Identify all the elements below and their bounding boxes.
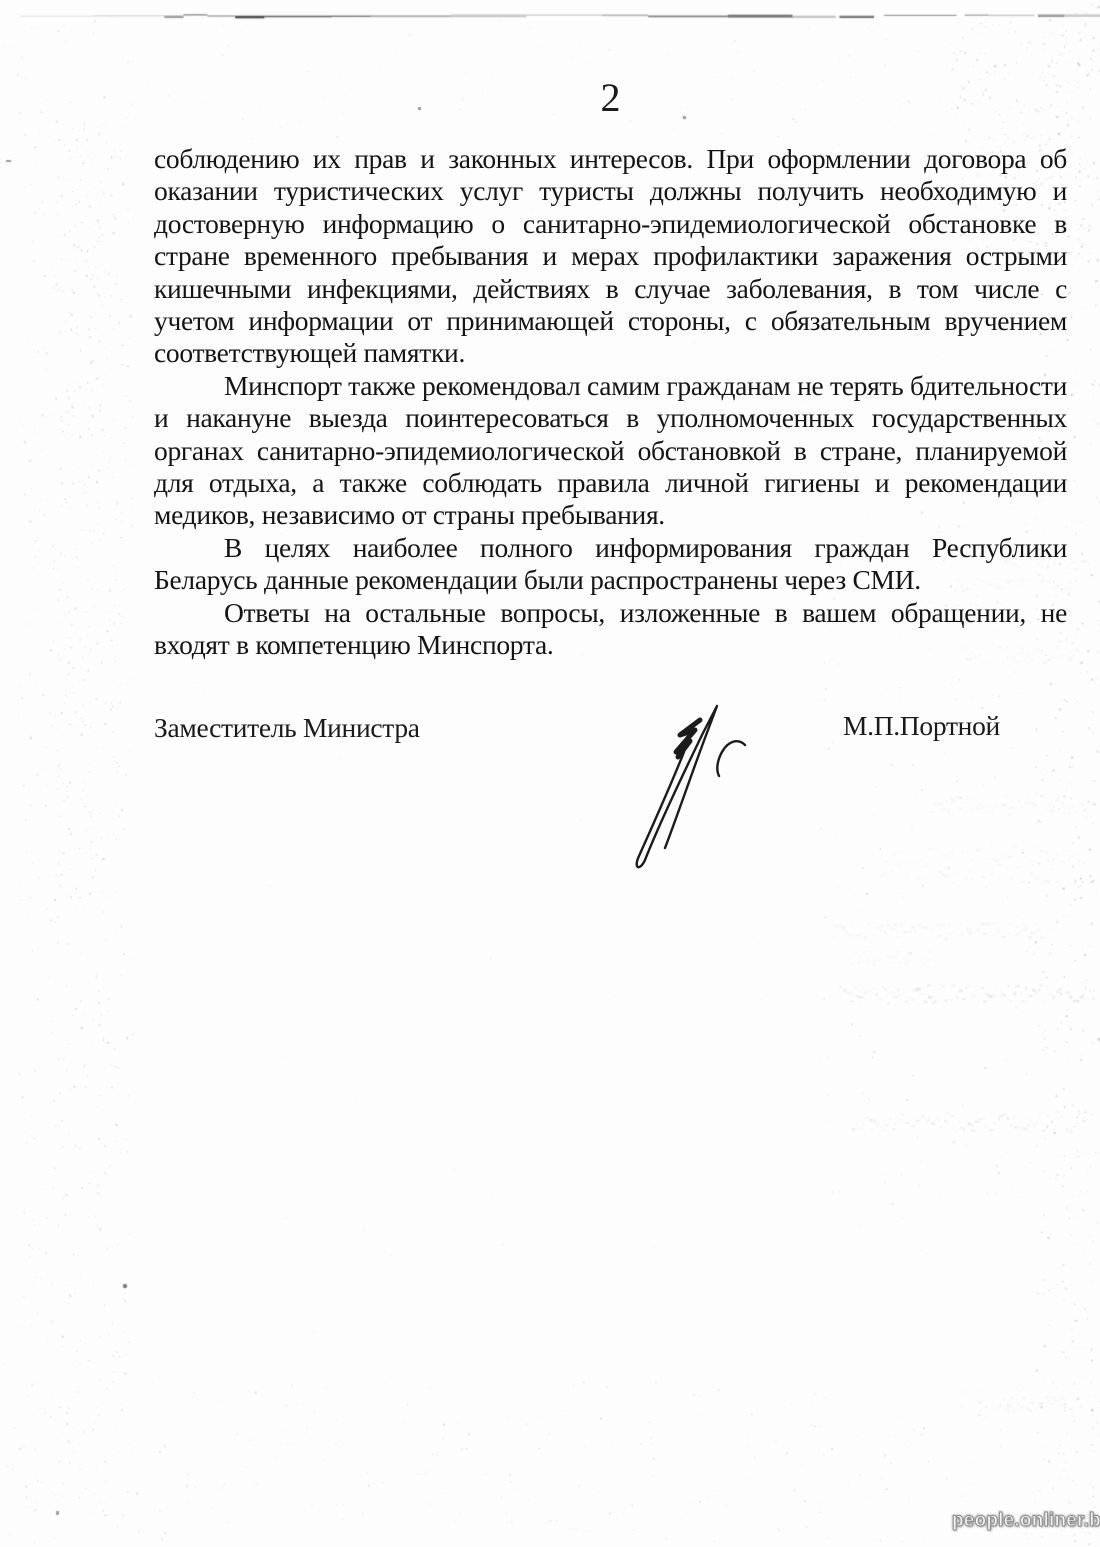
letter-body: соблюдению их прав и законных интересов.… [154,143,1067,662]
watermark: people.onliner.by [952,1510,1100,1532]
handwritten-signature [598,688,798,883]
paragraph: Ответы на остальные вопросы, изложенные … [154,597,1067,662]
paragraph: В целях наиболее полного информирования … [154,532,1067,597]
paragraph: Минспорт также рекомендовал самим гражда… [154,370,1067,532]
signatory-name: М.П.Портной [843,710,1000,742]
paragraph: соблюдению их прав и законных интересов.… [154,143,1067,370]
document-content: 2 соблюдению их прав и законных интересо… [0,0,1100,1547]
signatory-title: Заместитель Министра [154,712,420,744]
scanned-document-page: 2 соблюдению их прав и законных интересо… [0,0,1100,1547]
page-number: 2 [154,78,1067,118]
